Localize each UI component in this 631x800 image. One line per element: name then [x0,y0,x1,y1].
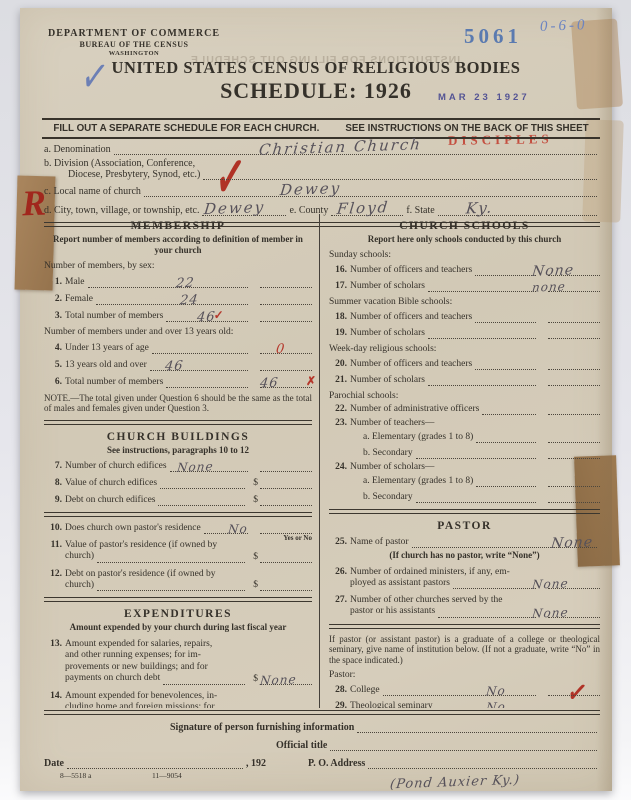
handwritten-value: 24 [179,294,199,306]
dollar-sign: $ [253,552,258,563]
dotted-line [475,312,536,323]
dotted-line: No [204,523,248,534]
divider-rule [44,710,600,715]
form-title: UNITED STATES CENSUS OF RELIGIOUS BODIES [20,58,612,78]
group-label: Summer vacation Bible schools: [329,297,600,307]
buildings-title: CHURCH BUILDINGS [44,431,312,443]
answer-line [260,552,312,563]
answer-line: Yes or No [260,523,312,534]
membership-subtitle: Report number of members according to de… [44,234,312,256]
answer-line [260,495,312,506]
dotted-line [330,740,597,751]
group-label: Sunday schools: [329,250,600,260]
dotted-line: 24 [96,294,248,305]
question-24: 24. Number of scholars— [329,462,600,473]
membership-title: MEMBERSHIP [44,220,312,232]
expenditures-title: EXPENDITURES [44,608,312,620]
banner-left-text: FILL OUT A SEPARATE SCHEDULE FOR EACH CH… [53,123,319,134]
handwritten-value: None [177,462,215,474]
left-column: MEMBERSHIP Report number of members acco… [44,214,320,708]
answer-line: None [548,607,600,618]
handwritten-value: 22 [175,277,195,289]
question-22: 22. Number of administrative officers [329,404,600,415]
expenditures-subtitle: Amount expended by your church during la… [44,622,312,633]
question-9: 9. Debt on church edifices $ [44,495,312,506]
answer-line: 0 [260,343,312,354]
handwritten-value: None [259,674,297,686]
question-3: 3. Total number of members 46 ✓ [44,311,312,322]
handwritten-value: None [531,607,569,619]
question-25: 25. Name of pastor None [329,537,600,548]
membership-note: NOTE.—The total given under Question 6 s… [44,393,312,414]
question-24a: a. Elementary (grades 1 to 8) [329,476,600,487]
question-24b: b. Secondary [329,492,600,503]
dotted-line [428,281,536,292]
answer-line [548,685,600,696]
answer-line [260,277,312,288]
divider-rule [329,624,600,629]
field-denomination: a. Denomination Christian Church [44,144,600,155]
dotted-line [416,448,536,459]
bureau-name: BUREAU OF THE CENSUS [48,40,220,49]
instruction-banner: FILL OUT A SEPARATE SCHEDULE FOR EACH CH… [42,118,600,139]
answer-line [548,312,600,323]
form-number-row: 8—5518 a 11—9054 (Pond Auxier Ky.) [44,769,600,795]
divider-rule [44,597,312,602]
pastor-title: PASTOR [329,520,600,532]
question-17: 17. Number of scholars none [329,281,600,292]
question-6: 6. Total number of members 46 ✗ [44,377,312,388]
dollar-sign: $ [253,478,258,489]
answer-line [548,701,600,708]
handwritten-value: 0 [275,343,285,354]
dotted-line: 22 [88,277,248,288]
dotted-line [166,377,248,388]
dotted-line: No [383,685,536,696]
question-28: 28. College No [329,685,600,696]
dotted-line: 46 [150,360,248,371]
answer-line [548,359,600,370]
question-2: 2. Female 24 [44,294,312,305]
right-column: CHURCH SCHOOLS Report here only schools … [320,214,600,708]
field-label: Diocese, Presbytery, Synod, etc.) [44,169,200,180]
dotted-line: Christian Church [114,144,597,155]
handwritten-value: No [228,524,249,536]
office-city: WASHINGTON [48,50,220,57]
answer-line [548,404,600,415]
answer-line: None [548,265,600,276]
answer-line [260,580,312,591]
schools-title: CHURCH SCHOOLS [329,220,600,232]
question-16: 16. Number of officers and teachers None [329,265,600,276]
question-27: 27. Number of other churches served by t… [329,595,600,618]
question-19: 19. Number of scholars [329,328,600,339]
question-14: 14. Amount expended for benevolences, in… [44,691,312,708]
census-schedule-document: INSTRUCTIONS FOR FILLING OUT SCHEDULE 50… [20,8,612,791]
margin-letter-r: R [21,182,46,225]
answer-line: None [548,578,600,589]
red-cross-mark-icon: ✗ [306,376,316,387]
divider-rule [44,420,312,425]
dotted-line [97,580,245,591]
divider-rule [44,512,312,517]
question-10: 10. Does church own pastor's residence N… [44,523,312,534]
dotted-line [428,328,536,339]
dotted-line [482,404,536,415]
field-local-name: c. Local name of church Dewey [44,186,600,197]
handwritten-value: 46 [164,360,184,372]
form-subtitle: SCHEDULE: 1926 [20,78,612,104]
agency-block: DEPARTMENT OF COMMERCE BUREAU OF THE CEN… [48,28,220,57]
field-division-line2: Diocese, Presbytery, Synod, etc.) [44,169,600,180]
question-13: 13. Amount expended for salaries, repair… [44,639,312,685]
graduate-instruction: If pastor (or assistant pastor) is a gra… [329,634,600,666]
field-label: a. Denomination [44,144,111,155]
red-check-mark-icon: ✓ [214,310,224,321]
dotted-line [152,343,248,354]
dollar-sign: $ [253,495,258,506]
buildings-subtitle: See instructions, paragraphs 10 to 12 [44,445,312,456]
schools-subtitle: Report here only schools conducted by th… [329,234,600,245]
question-7: 7. Number of church edifices None [44,461,312,472]
group-label: Number of members, by sex: [44,261,312,271]
dotted-line: Dewey [144,186,597,197]
answer-line [260,360,312,371]
field-division-line1: b. Division (Association, Conference, [44,158,600,169]
answer-line [260,461,312,472]
handwritten-value: None [550,537,593,550]
group-label: Parochial schools: [329,391,600,401]
handwritten-po-address: (Pond Auxier Ky.) [389,773,520,793]
handwritten-value: none [531,281,566,293]
group-label: Pastor: [329,670,600,680]
question-4: 4. Under 13 years of age 0 [44,343,312,354]
dollar-sign: $ [253,674,258,685]
dotted-line [158,495,245,506]
dotted-line [357,722,597,733]
dotted-line [475,359,536,370]
dotted-line [428,375,536,386]
question-12: 12. Debt on pastor's residence (if owned… [44,569,312,592]
answer-line: None [260,674,312,685]
yes-or-no-caption: Yes or No [283,533,312,544]
question-26: 26. Number of ordained ministers, if any… [329,567,600,590]
dotted-line: No [436,701,536,708]
question-18: 18. Number of officers and teachers [329,312,600,323]
answer-line [260,478,312,489]
question-23b: b. Secondary [329,448,600,459]
answer-line [548,476,600,487]
dotted-line [368,758,597,769]
date-address-row: Date , 192 P. O. Address [44,758,600,769]
dotted-line [203,169,597,180]
dotted-line [160,478,245,489]
divider-rule [329,509,600,514]
handwritten-value: 46 [259,377,279,389]
signature-row: Signature of person furnishing informati… [44,722,600,733]
answer-line: 46 ✗ [260,377,312,388]
form-number: 11—9054 [152,771,182,780]
department-name: DEPARTMENT OF COMMERCE [48,28,220,39]
dotted-line [476,432,536,443]
handwritten-church-name: Dewey [279,179,342,199]
handwritten-value: No [486,686,507,698]
dotted-line [438,607,536,618]
answer-line [260,294,312,305]
banner-right-text: SEE INSTRUCTIONS ON THE BACK OF THIS SHE… [345,123,588,134]
answer-line [548,375,600,386]
group-label: Week-day religious schools: [329,344,600,354]
dotted-line: 46 ✓ [166,311,248,322]
official-title-row: Official title [44,740,600,751]
dotted-line [475,265,536,276]
question-23: 23. Number of teachers— [329,418,600,429]
question-29: 29. Theological seminary No [329,701,600,708]
handwritten-value: No [486,702,507,708]
dotted-line [476,476,536,487]
question-21: 21. Number of scholars [329,375,600,386]
dotted-line [97,552,245,563]
answer-line [548,328,600,339]
form-body: MEMBERSHIP Report number of members acco… [44,214,600,708]
field-label: c. Local name of church [44,186,141,197]
dotted-line [416,492,536,503]
question-5: 5. 13 years old and over 46 [44,360,312,371]
answer-line [548,492,600,503]
field-label: b. Division (Association, Conference, [44,158,195,169]
question-1: 1. Male 22 [44,277,312,288]
question-8: 8. Value of church edifices $ [44,478,312,489]
answer-line [548,432,600,443]
handwritten-value: None [531,578,569,590]
group-label: Number of members under and over 13 year… [44,327,312,337]
question-20: 20. Number of officers and teachers [329,359,600,370]
serial-number-stamp: 5061 [464,24,522,49]
dollar-sign: $ [253,580,258,591]
form-number: 8—5518 a [60,771,91,780]
answer-line: none [548,281,600,292]
question-23a: a. Elementary (grades 1 to 8) [329,432,600,443]
dotted-line [163,674,245,685]
handwritten-value: None [531,265,574,278]
dotted-line: None [170,461,248,472]
dotted-line [67,758,243,769]
question-11: 11. Value of pastor's residence (if owne… [44,540,312,563]
answer-line [548,448,600,459]
handwritten-code: 0-6-0 [540,17,588,36]
dotted-line [453,578,536,589]
footer-section: Signature of person furnishing informati… [44,710,600,795]
answer-line [260,311,312,322]
dotted-line: None [412,537,597,548]
